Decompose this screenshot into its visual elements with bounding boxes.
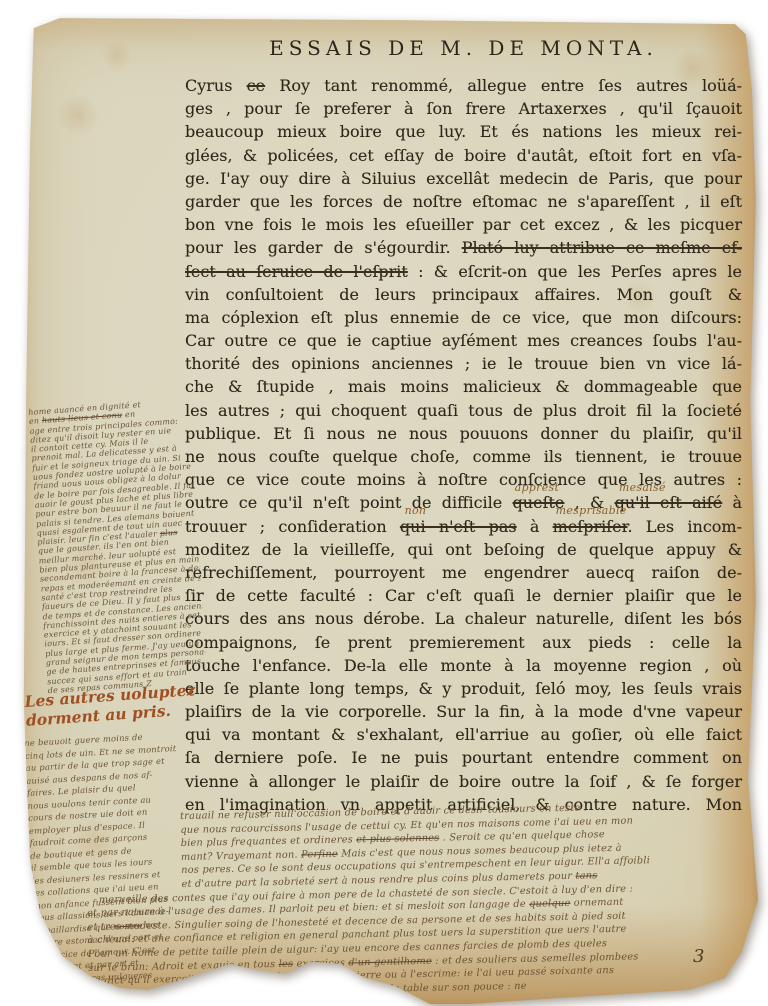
struck-text: Plató luy attribue ce meſme ef-: [462, 238, 742, 257]
text-line: les autres ; qui choquent quaſi tous de …: [185, 399, 742, 422]
page-title: ESSAIS DE M. DE MONTA.: [185, 36, 742, 60]
text-segment: mant? Vrayemant non.: [181, 849, 301, 863]
text-line: thorité des opinions anciennes ; ie le t…: [185, 352, 742, 375]
text-segment: outre ce qu'il n'eſt point de difficile: [185, 493, 513, 512]
text-line: ges , pour ſe preferer à ſon frere Artax…: [185, 97, 742, 120]
text-segment: garder que les forces de noſtre eſtomac …: [185, 192, 742, 211]
corrected-segment: mesprisablemeſpriſer: [553, 517, 628, 536]
text-line: elle ſe plante long temps, & y produit, …: [185, 677, 742, 700]
text-line: beaucoup mieux boire que luy. Et és nati…: [185, 120, 742, 143]
text-segment: publique. Et ſi nous ne nous pouuons don…: [185, 424, 742, 443]
text-segment: Car outre ce que ie captiue ayſément mes…: [185, 331, 742, 350]
text-line: touche l'enfance. De-la elle monte à la …: [185, 654, 742, 677]
ink-blot: [19, 918, 49, 952]
text-segment: les autres ; qui choquent quaſi tous de …: [185, 401, 742, 420]
text-segment: glées, & policées, cet eſſay de boire d'…: [185, 146, 742, 165]
text-segment: : & eſcrit-on que les Perſes apres le: [408, 262, 742, 281]
text-segment: ge. I'ay ouy dire à Siluius excellât med…: [185, 169, 742, 188]
text-segment: sur le brun: Adroit et exquis en tous: [88, 959, 279, 974]
text-line: che & ſtupide , mais moins malicieux & d…: [185, 375, 742, 398]
text-line: outre ce qu'il n'eſt point de difficile …: [185, 491, 742, 514]
paper-sheet: ESSAIS DE M. DE MONTA. Cyrus ce Roy tant…: [0, 0, 768, 1006]
text-segment: à: [517, 517, 553, 536]
text-segment: cours des ans nous dérobe. La chaleur na…: [185, 609, 742, 628]
text-segment: bon vne fois le mois les eſueiller par c…: [185, 215, 742, 234]
text-segment: vin conſultoient de leurs principaux aff…: [185, 285, 742, 304]
text-line: publique. Et ſi nous ne nous pouuons don…: [185, 422, 742, 445]
text-segment: moditez de la vieilleſſe, qui ont beſoin…: [185, 540, 742, 559]
printed-text-block: Cyrus ce Roy tant renommé, allegue entre…: [185, 74, 742, 816]
foxing-spot: [100, 40, 134, 70]
text-segment: touche l'enfance. De-la elle monte à la …: [185, 656, 742, 675]
text-line: glées, & policées, cet eſſay de boire d'…: [185, 144, 742, 167]
text-segment: plaiſirs de la vie corporelle. Sur la fi…: [185, 702, 742, 721]
text-line: Cyrus ce Roy tant renommé, allegue entre…: [185, 74, 742, 97]
bottom-annotations: trauail ne refuser null'occasion de boir…: [85, 798, 751, 1002]
text-segment: ges , pour ſe preferer à ſon frere Artax…: [185, 99, 742, 118]
paper-surface: ESSAIS DE M. DE MONTA. Cyrus ce Roy tant…: [0, 0, 768, 1006]
text-segment: ornemant: [570, 897, 623, 909]
text-line: ma cóplexion eſt plus ennemie de ce vice…: [185, 306, 742, 329]
text-line: refrechiſſement, pourroyent me engendrer…: [185, 561, 742, 584]
corrected-segment: nonqui n'eſt pas: [400, 517, 517, 536]
text-segment: pour les garder de s'égourdir.: [185, 238, 462, 257]
text-segment: à: [722, 493, 742, 512]
text-segment: che & ſtupide , mais moins malicieux & d…: [185, 377, 742, 396]
struck-text: ce: [247, 76, 265, 95]
text-line: bon vne fois le mois les eſueiller par c…: [185, 213, 742, 236]
struck-text: d'un gentilhome: [348, 955, 432, 968]
text-line: vienne à allonger le plaiſir de boire ou…: [185, 770, 742, 793]
text-segment: ma cóplexion eſt plus ennemie de ce vice…: [185, 308, 742, 327]
struck-text: ſect au ſeruice de l'eſprit: [185, 262, 408, 281]
scanned-page: ESSAIS DE M. DE MONTA. Cyrus ce Roy tant…: [0, 0, 768, 1006]
interlinear-insert: non: [405, 499, 427, 522]
text-line: qui va montant & s'exhalant, ell'arriue …: [185, 723, 742, 746]
text-line: compaignons, ſe prent premierement aux p…: [185, 631, 742, 654]
page-number: 3: [693, 946, 704, 967]
text-line: ſect au ſeruice de l'eſprit : & eſcrit-o…: [185, 260, 742, 283]
interlinear-insert: mesprisable: [556, 499, 627, 522]
text-segment: compaignons, ſe prent premierement aux p…: [185, 633, 742, 652]
interlinear-insert: mesaisé: [619, 476, 666, 499]
text-segment: ſa derniere poſe. Ie ne puis pourtant en…: [185, 748, 742, 767]
text-segment: thorité des opinions anciennes ; ie le t…: [185, 354, 742, 373]
text-segment: elle ſe plante long temps, & y produit, …: [185, 679, 742, 698]
text-segment: trouuer ; conſideration: [185, 517, 400, 536]
text-segment: refrechiſſement, pourroyent me engendrer…: [185, 563, 742, 582]
text-line: cours des ans nous dérobe. La chaleur na…: [185, 607, 742, 630]
text-line: plaiſirs de la vie corporelle. Sur la fi…: [185, 700, 742, 723]
text-line: vin conſultoient de leurs principaux aff…: [185, 283, 742, 306]
text-line: moditez de la vieilleſſe, qui ont beſoin…: [185, 538, 742, 561]
margin-annotations: home auancé en dignité eten hauts lieus …: [28, 397, 208, 696]
text-line: trouuer ; conſideration nonqui n'eſt pas…: [185, 515, 742, 538]
text-line: garder que les forces de noſtre eſtomac …: [185, 190, 742, 213]
text-segment: exercices: [293, 957, 348, 969]
text-segment: vienne à allonger le plaiſir de boire ou…: [185, 772, 742, 791]
text-segment: beaucoup mieux boire que luy. Et és nati…: [185, 122, 742, 141]
struck-text: quelque: [529, 898, 571, 910]
text-line: Car outre ce que ie captiue ayſément mes…: [185, 329, 742, 352]
struck-text: et plus solennes: [356, 833, 439, 846]
text-line: ſa derniere poſe. Ie ne puis pourtant en…: [185, 746, 742, 769]
text-segment: Roy tant renommé, allegue entre ſes autr…: [265, 76, 742, 95]
text-segment: Cyrus: [185, 76, 247, 95]
struck-text: tans: [575, 870, 597, 881]
foxing-spot: [55, 95, 101, 135]
text-line: pour les garder de s'égourdir. Plató luy…: [185, 236, 742, 259]
interlinear-insert: apprest: [515, 476, 560, 499]
corrected-segment: mesaiséqu'il eſt aiſé: [615, 493, 723, 512]
text-segment: . Les incom-: [628, 517, 743, 536]
text-segment: ſir de cette faculté : Car c'eſt quaſi l…: [185, 586, 742, 605]
struck-text: plus: [159, 528, 177, 538]
text-line: ge. I'ay ouy dire à Siluius excellât med…: [185, 167, 742, 190]
text-segment: ne nous couſte quelque choſe, comme ils …: [185, 447, 742, 466]
text-segment: . Seroit ce qu'en quelque chose: [439, 829, 605, 843]
struck-text: Perfine: [301, 848, 338, 860]
struck-text: les: [279, 958, 294, 969]
text-line: ne nous couſte quelque choſe, comme ils …: [185, 445, 742, 468]
text-line: ſir de cette faculté : Car c'eſt quaſi l…: [185, 584, 742, 607]
text-segment: qui va montant & s'exhalant, ell'arriue …: [185, 725, 742, 744]
